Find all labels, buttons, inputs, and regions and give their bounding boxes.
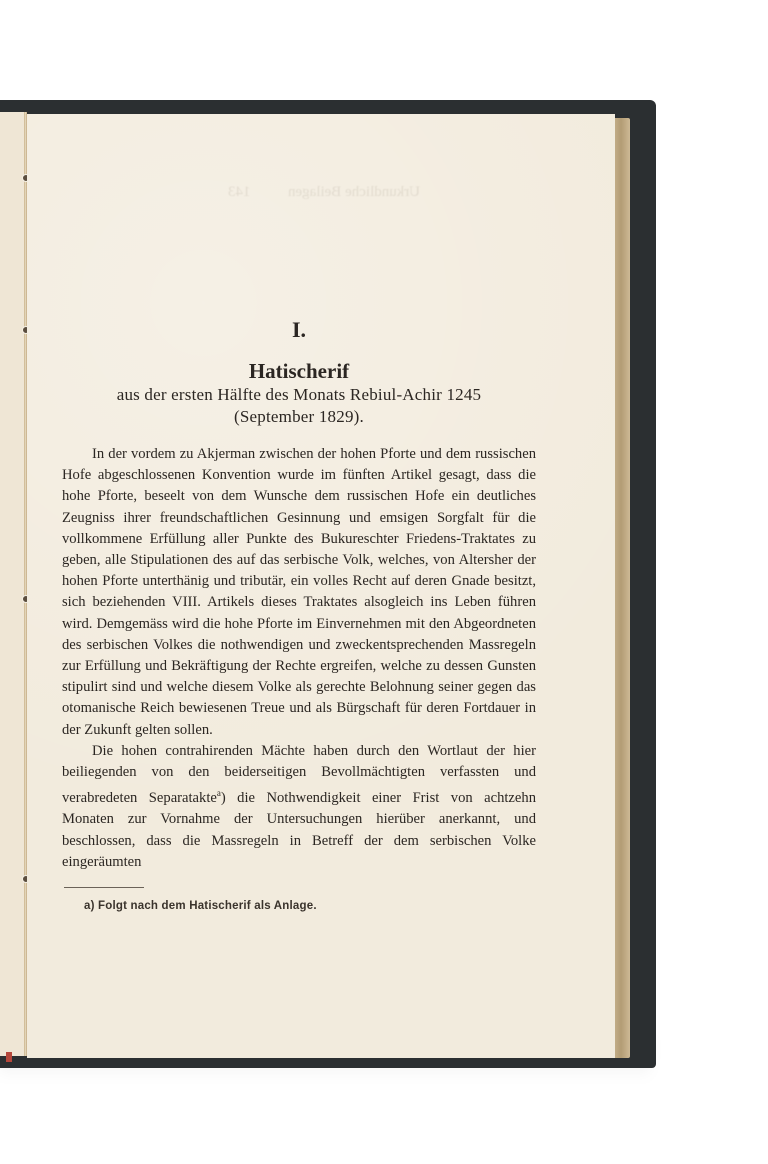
body-text: In der vordem zu Akjerman zwischen der h… [62,444,536,873]
subtitle-line-1: aus der ersten Hälfte des Monats Rebiul-… [62,384,536,406]
subtitle-line-2: (September 1829). [62,406,536,428]
document-title: Hatischerif [62,358,536,384]
ghost-page-number: 143 [228,184,251,200]
left-page-sliver [0,112,24,1056]
chapter-number: I. [62,316,536,344]
footnote-divider [64,887,144,888]
paragraph-1: In der vordem zu Akjerman zwischen der h… [62,444,536,741]
ghost-running-header: Urkundliche Beilagen [288,184,420,200]
page-content: I. Hatischerif aus der ersten Hälfte des… [62,210,536,912]
red-ribbon-bookmark [6,1052,12,1062]
footnote: a) Folgt nach dem Hatischerif als Anlage… [84,900,536,912]
paragraph-2: Die hohen contrahirenden Mächte haben du… [62,741,536,873]
top-margin-spacer [62,210,536,316]
